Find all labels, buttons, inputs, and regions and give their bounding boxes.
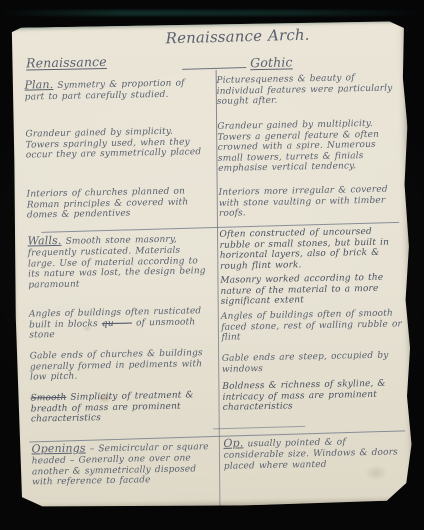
- notebook-page: Renaissance Arch. Renaissance Gothic Pla…: [9, 20, 414, 510]
- column-header-renaissance: Renaissance: [26, 54, 107, 71]
- note-text: Gable ends of churches & buildings gener…: [30, 348, 203, 383]
- note-paragraph: Angles of buildings often rusticated bui…: [29, 306, 208, 341]
- note-text: Picturesqueness & beauty of individual f…: [216, 73, 392, 107]
- note-text: Masonry worked according to the nature o…: [220, 273, 383, 307]
- struck-text: Smooth: [30, 393, 66, 404]
- note-paragraph: Grandeur gained by simplicity. Towers sp…: [25, 126, 204, 161]
- note-paragraph: Boldness & richness of skyline, & intric…: [222, 378, 409, 413]
- photo-background: Renaissance Arch. Renaissance Gothic Pla…: [0, 0, 424, 530]
- note-paragraph: Gable ends of churches & buildings gener…: [30, 348, 209, 383]
- keyword-plan: Plan.: [24, 78, 53, 92]
- note-text: Gable ends are steep, occupied by window…: [222, 351, 389, 375]
- note-text: Boldness & richness of skyline, & intric…: [222, 379, 386, 413]
- note-paragraph: Openings– Semicircular or square headed …: [31, 440, 210, 488]
- keyword-walls: Walls.: [27, 234, 61, 248]
- note-paragraph: Smooth Simplicity of treatment & breadth…: [30, 390, 209, 425]
- note-text: Often constructed of uncoursed rubble or…: [219, 227, 389, 272]
- note-text: Grandeur gained by simplicity. Towers sp…: [25, 127, 201, 161]
- note-paragraph: Grandeur gained by multiplicity. Towers …: [217, 118, 404, 175]
- note-paragraph: Op.usually pointed & of considerable siz…: [223, 434, 410, 472]
- note-paragraph: Often constructed of uncoursed rubble or…: [219, 226, 406, 272]
- note-text: Interiors of churches planned on Roman p…: [27, 187, 189, 221]
- note-text: Grandeur gained by multiplicity. Towers …: [217, 119, 379, 174]
- dash-line: [182, 67, 246, 70]
- note-paragraph: Angles of buildings often of smooth face…: [221, 308, 408, 343]
- note-text: usually pointed & of considerable size. …: [224, 437, 398, 471]
- note-text: Angles of buildings often of smooth face…: [221, 309, 402, 344]
- keyword-op: Op.: [223, 436, 243, 449]
- note-paragraph: Interiors of churches planned on Roman p…: [27, 186, 206, 221]
- note-paragraph: Picturesqueness & beauty of individual f…: [216, 72, 403, 107]
- note-paragraph: Gable ends are steep, occupied by window…: [222, 350, 408, 375]
- note-paragraph: Walls.Smooth stone masonry, frequently r…: [27, 232, 206, 291]
- column-header-gothic: Gothic: [250, 54, 293, 70]
- short-rule-right: [213, 426, 305, 430]
- page-title: Renaissance Arch.: [127, 25, 347, 49]
- note-paragraph: Masonry worked according to the nature o…: [220, 272, 407, 307]
- note-paragraph: Interiors more irregular & covered with …: [219, 184, 406, 219]
- keyword-openings: Openings: [31, 441, 85, 455]
- note-paragraph: Plan.Symmetry & proportion of part to pa…: [24, 76, 202, 103]
- note-text: Interiors more irregular & covered with …: [219, 185, 388, 219]
- struck-text: qu——: [102, 318, 132, 329]
